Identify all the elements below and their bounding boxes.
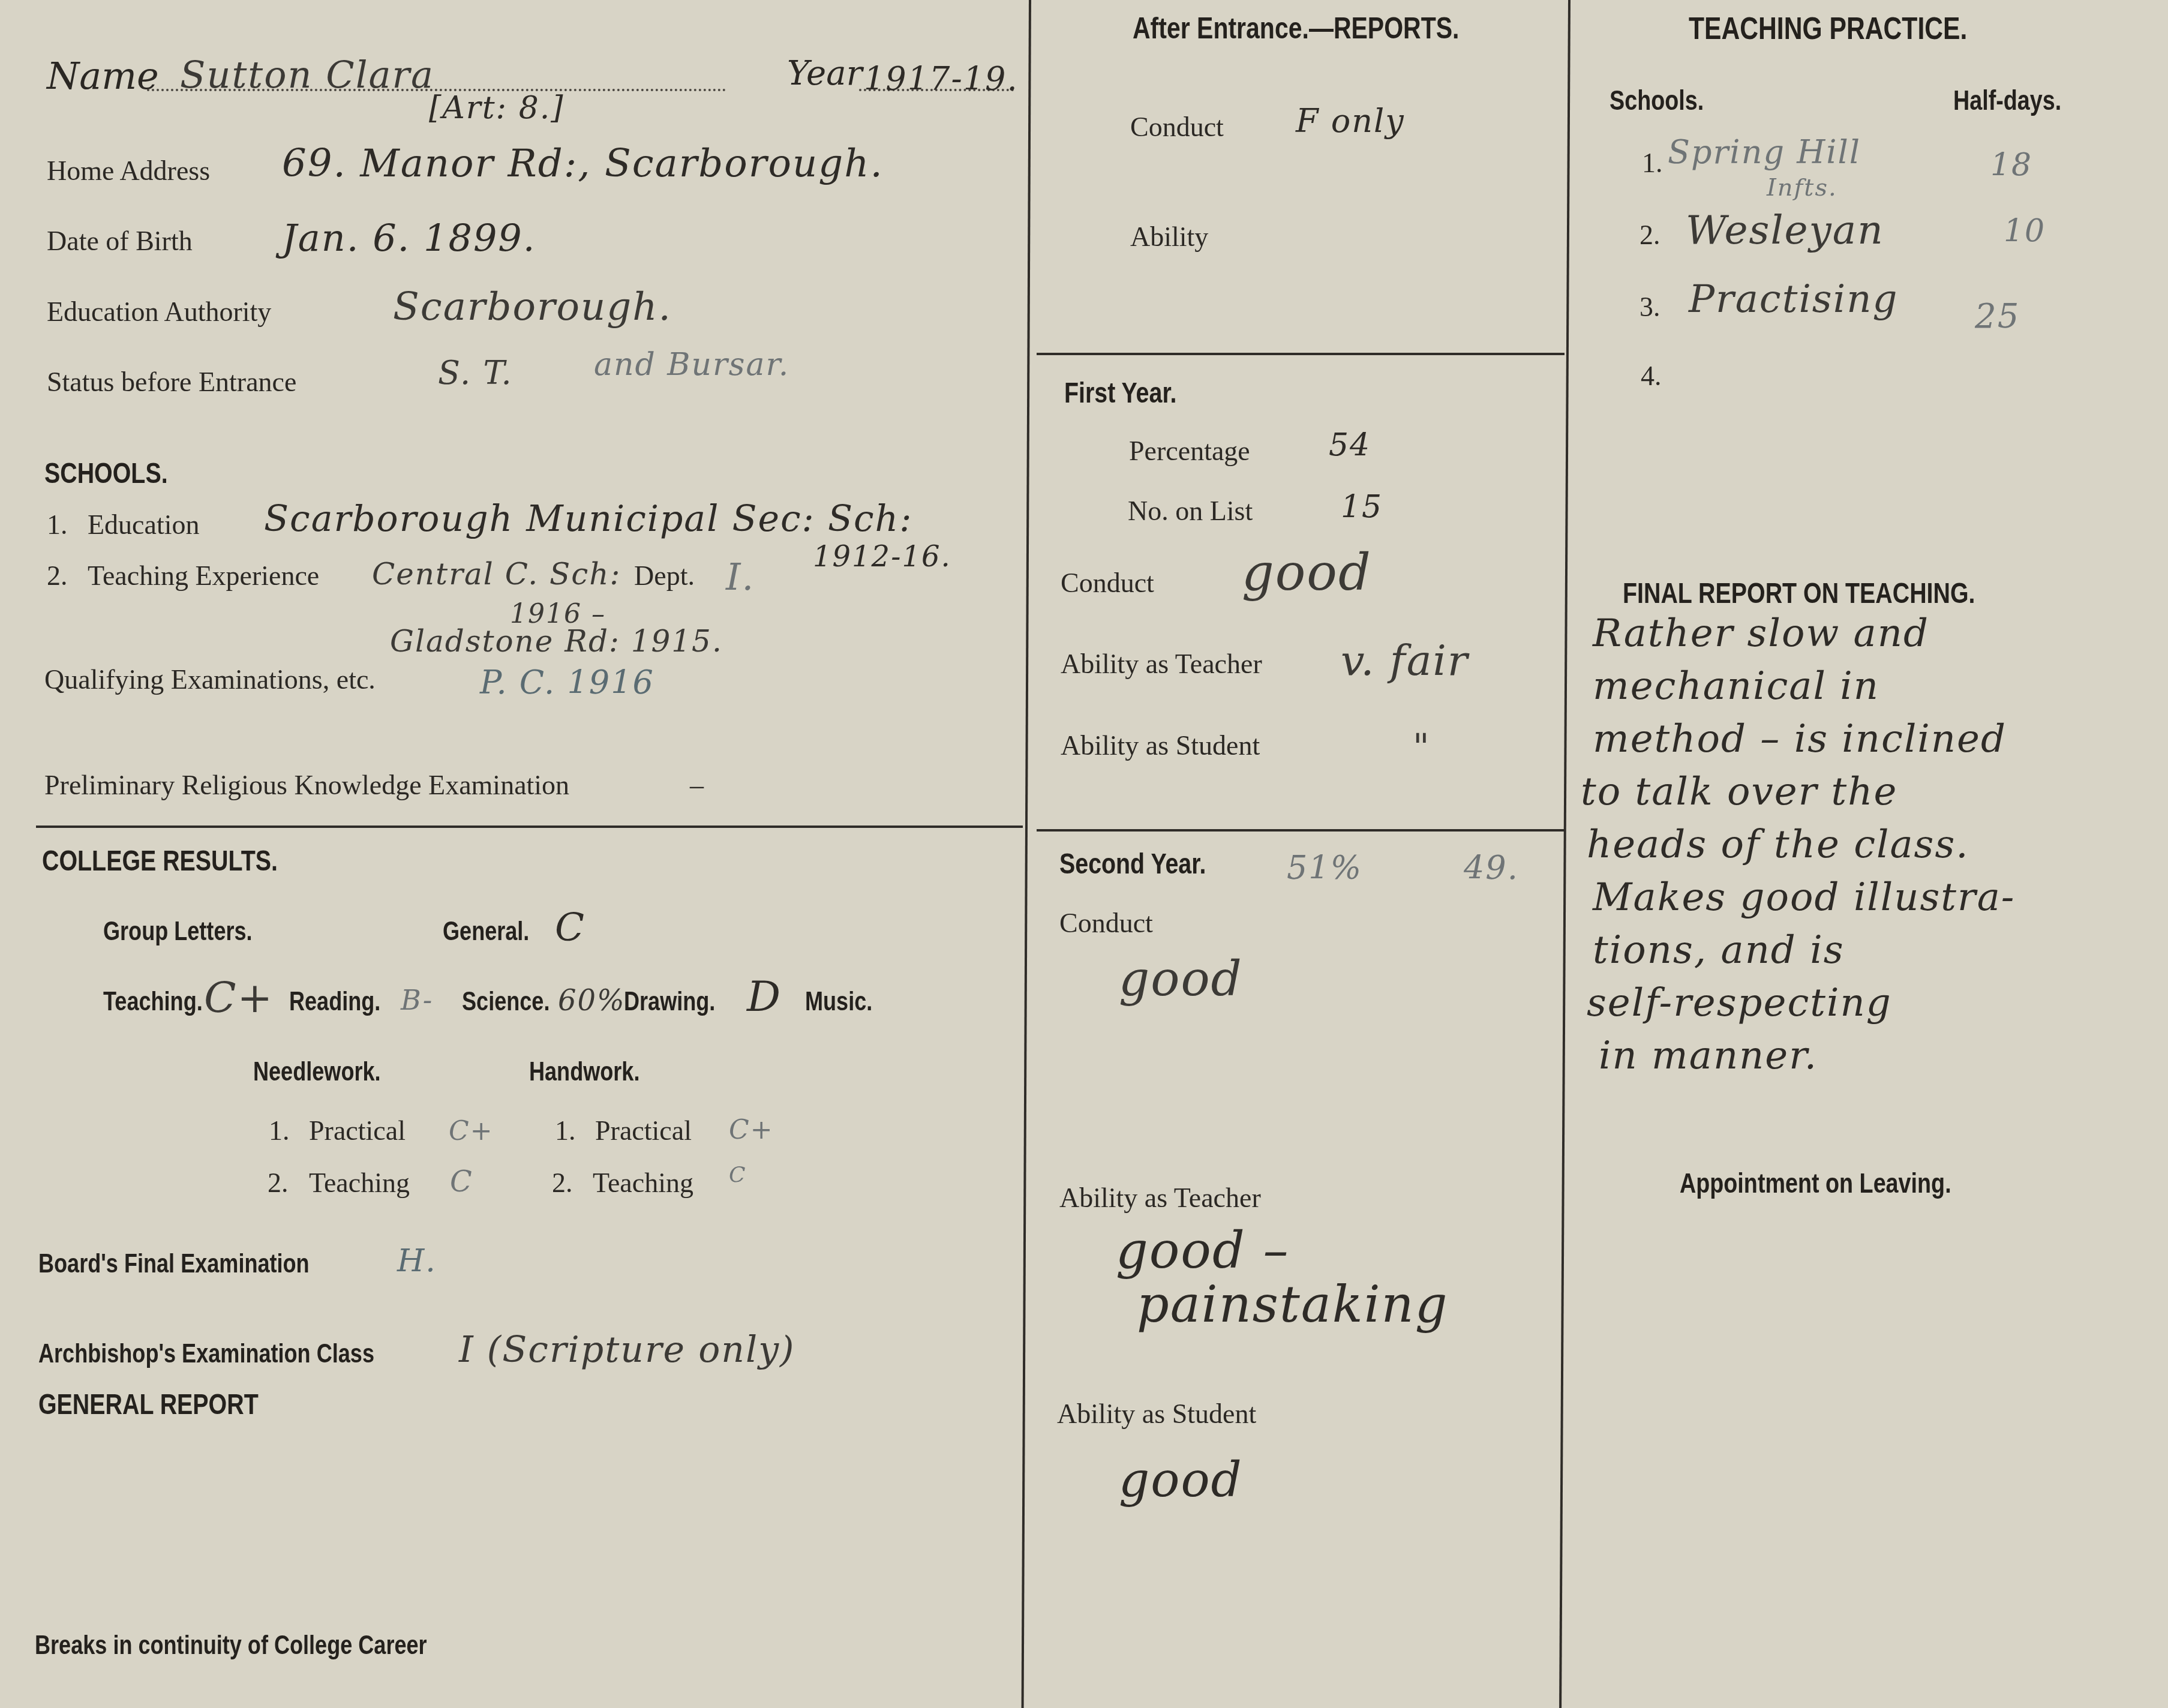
- home-address-value: 69. Manor Rd:, Scarborough.: [282, 142, 884, 186]
- second-year-teacher-label: Ability as Teacher: [1059, 1182, 1261, 1214]
- education-authority-label: Education Authority: [47, 296, 271, 328]
- divider-left-middle: [1022, 0, 1031, 1708]
- second-year-teacher-value-2: painstaking: [1137, 1275, 1448, 1334]
- final-report-line: to talk over the: [1581, 766, 2157, 818]
- needlework-practical-value: C+: [449, 1116, 494, 1146]
- first-year-teacher-value: v. fair: [1341, 636, 1469, 685]
- first-year-list-value: 15: [1341, 489, 1383, 525]
- rule-middle-second-year: [1037, 829, 1565, 832]
- name-label: Name: [47, 54, 159, 98]
- entrance-conduct-label: Conduct: [1130, 111, 1224, 143]
- second-year-percentage-value: 51%: [1287, 849, 1362, 887]
- teaching-grade-value: C+: [204, 973, 274, 1022]
- needlework-label: Needlework.: [253, 1057, 381, 1087]
- practice-row-halfdays: 25: [1975, 297, 2020, 336]
- first-year-student-value: ": [1413, 726, 1431, 768]
- drawing-label: Drawing.: [624, 987, 715, 1017]
- second-year-student-label: Ability as Student: [1057, 1398, 1256, 1430]
- needlework-teaching-num: 2.: [268, 1167, 289, 1199]
- dob-value: Jan. 6. 1899.: [282, 216, 536, 260]
- handwork-practical-value: C+: [729, 1115, 774, 1145]
- first-year-percentage-label: Percentage: [1129, 435, 1250, 467]
- boards-final-value: H.: [397, 1243, 437, 1279]
- final-report-line: self-respecting: [1581, 977, 2157, 1029]
- status-value-st: S. T.: [438, 354, 513, 392]
- education-num: 1.: [47, 509, 68, 541]
- education-label: Education: [88, 509, 200, 541]
- dept-value: I.: [726, 555, 755, 599]
- status-value-bursar: and Bursar.: [594, 347, 789, 383]
- handwork-teaching-label: Teaching: [593, 1167, 693, 1199]
- practice-row-num: 4.: [1641, 360, 1662, 392]
- education-years: 1912-16.: [813, 540, 951, 574]
- handwork-teaching-value: C: [729, 1163, 747, 1187]
- name-value: Sutton Clara: [180, 53, 434, 97]
- teaching-exp-label: Teaching Experience: [88, 560, 319, 592]
- boards-final-label: Board's Final Examination: [38, 1249, 310, 1279]
- practice-row-school: Wesleyan: [1686, 207, 1884, 253]
- education-authority-value: Scarborough.: [393, 285, 672, 329]
- practice-row-halfdays: 10: [2004, 213, 2046, 249]
- general-label: General.: [443, 917, 529, 947]
- general-report-heading: GENERAL REPORT: [38, 1388, 259, 1421]
- science-value: 60%: [558, 984, 626, 1017]
- handwork-label: Handwork.: [529, 1057, 639, 1087]
- year-value: 1917-19.: [864, 60, 1019, 98]
- teaching-exp-value-2: Gladstone Rd: 1915.: [390, 624, 723, 659]
- home-address-label: Home Address: [47, 155, 210, 187]
- first-year-heading: First Year.: [1064, 377, 1176, 410]
- reading-value: B-: [401, 984, 433, 1016]
- first-year-student-label: Ability as Student: [1061, 730, 1260, 761]
- year-label: Year: [787, 54, 862, 93]
- final-report-line: Rather slow and: [1581, 607, 2157, 660]
- dob-label: Date of Birth: [47, 225, 193, 257]
- education-value: Scarborough Municipal Sec: Sch:: [264, 498, 912, 540]
- prelim-value: –: [690, 769, 704, 801]
- science-label: Science.: [462, 987, 549, 1017]
- reports-heading: After Entrance.—REPORTS.: [1133, 11, 1459, 46]
- handwork-practical-num: 1.: [555, 1115, 576, 1146]
- drawing-value: D: [747, 972, 782, 1021]
- handwork-teaching-num: 2.: [552, 1167, 573, 1199]
- second-year-heading: Second Year.: [1059, 848, 1206, 881]
- first-year-conduct-label: Conduct: [1061, 567, 1154, 599]
- practice-row-num: 1.: [1642, 147, 1663, 179]
- teaching-practice-heading: TEACHING PRACTICE.: [1689, 11, 1967, 47]
- qualifying-label: Qualifying Examinations, etc.: [44, 664, 376, 695]
- prelim-label: Preliminary Religious Knowledge Examinat…: [44, 769, 569, 801]
- first-year-teacher-label: Ability as Teacher: [1061, 648, 1262, 680]
- practice-row-num: 3.: [1639, 291, 1660, 323]
- final-report-line: tions, and is: [1581, 924, 2157, 977]
- music-label: Music.: [805, 987, 872, 1017]
- reading-label: Reading.: [289, 987, 380, 1017]
- schools-heading: SCHOOLS.: [44, 457, 168, 490]
- final-report-heading: FINAL REPORT ON TEACHING.: [1623, 577, 1975, 610]
- qualifying-value: P. C. 1916: [480, 664, 654, 701]
- practice-row-num: 2.: [1639, 219, 1660, 251]
- rule-left-college: [36, 826, 1023, 828]
- practice-row-halfdays: 18: [1990, 147, 2032, 183]
- needlework-teaching-label: Teaching: [309, 1167, 410, 1199]
- entrance-ability-label: Ability: [1130, 221, 1208, 253]
- teaching-exp-value: Central C. Sch:: [372, 557, 621, 592]
- final-report-line: method – is inclined: [1581, 713, 2157, 766]
- appointment-label: Appointment on Leaving.: [1680, 1167, 1951, 1199]
- second-year-student-value: good: [1119, 1452, 1243, 1508]
- final-report-line: mechanical in: [1581, 660, 2157, 713]
- final-report-line: Makes good illustra-: [1581, 871, 2157, 924]
- group-letters-label: Group Letters.: [103, 917, 253, 947]
- college-results-heading: COLLEGE RESULTS.: [42, 845, 278, 878]
- entrance-conduct-value: F only: [1296, 102, 1405, 140]
- first-year-list-label: No. on List: [1128, 495, 1253, 527]
- final-report-line: heads of the class.: [1581, 818, 2157, 871]
- practice-row-school-line2: Infts.: [1767, 174, 1837, 202]
- first-year-percentage-value: 54: [1329, 427, 1371, 463]
- second-year-teacher-value-1: good –: [1116, 1221, 1289, 1280]
- second-year-conduct-value: good: [1119, 951, 1243, 1007]
- general-value: C: [555, 906, 585, 950]
- handwork-practical-label: Practical: [595, 1115, 692, 1146]
- needlework-practical-num: 1.: [269, 1115, 290, 1146]
- rule-middle-first-year: [1037, 353, 1565, 355]
- divider-middle-right: [1559, 0, 1571, 1708]
- breaks-label: Breaks in continuity of College Career: [35, 1631, 427, 1661]
- status-label: Status before Entrance: [47, 366, 296, 398]
- second-year-conduct-label: Conduct: [1059, 907, 1153, 939]
- halfdays-column-label: Half-days.: [1953, 84, 2061, 116]
- first-year-conduct-value: good: [1242, 543, 1372, 602]
- second-year-list-value: 49.: [1464, 849, 1519, 887]
- name-note: [Art: 8.]: [429, 90, 564, 126]
- needlework-practical-label: Practical: [309, 1115, 406, 1146]
- teaching-exp-num: 2.: [47, 560, 68, 592]
- final-report-text: Rather slow and mechanical in method – i…: [1581, 607, 2157, 1082]
- needlework-teaching-value: C: [450, 1165, 473, 1199]
- practice-row-school: Practising: [1689, 277, 1898, 322]
- archbishop-value: I (Scripture only): [459, 1329, 795, 1371]
- schools-column-label: Schools.: [1610, 84, 1704, 116]
- teaching-grade-label: Teaching.: [103, 987, 203, 1017]
- archbishop-label: Archbishop's Examination Class: [38, 1339, 374, 1369]
- practice-row-school: Spring Hill: [1668, 133, 1861, 171]
- dept-label: Dept.: [634, 560, 695, 592]
- final-report-line: in manner.: [1581, 1029, 2157, 1082]
